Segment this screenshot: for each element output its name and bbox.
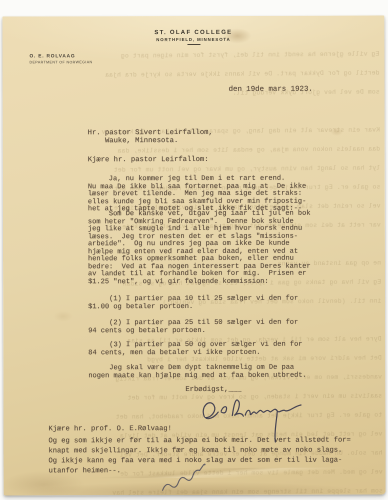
- paragraph-intro: Ja, nu kommer jeg til Dem i et rart eren…: [88, 176, 307, 214]
- commission-item-3: (3) I partier paa 50 og over sælger vi d…: [88, 342, 302, 358]
- salutation: Kjære hr. pastor Leirfallom:: [88, 156, 209, 164]
- scanned-letter-background: Eg ville gjerne ha sendt inn til dei, fy…: [0, 0, 388, 500]
- paragraph-book-offer: Som De kanske vet, utgav jeg iaar til ju…: [88, 211, 311, 287]
- letterhead-sender: O. E. ROLVAAG DEPARTMENT OF NORWEGIAN: [29, 54, 92, 64]
- letterhead: ST. OLAF COLLEGE NORTHFIELD, MINNESOTA: [2, 30, 384, 46]
- commission-item-1: (1) I partier paa 10 til 25 sælger vi de…: [88, 296, 298, 312]
- signature-rolvaag-handwritten: [195, 387, 307, 449]
- letter-paper: Eg ville gjerne ha sendt inn til dei, fy…: [2, 16, 385, 496]
- postscript-salutation: Kjære hr. prof. O. E.Rølvaag!: [48, 425, 171, 433]
- letterhead-department: DEPARTMENT OF NORWEGIAN: [29, 60, 92, 65]
- letterhead-location: NORTHFIELD, MINNESOTA: [2, 37, 384, 43]
- paragraph-closing: Jeg skal være Dem dypt taknemmelig om De…: [88, 365, 306, 381]
- commission-item-2: (2) I partier paa 25 til 50 sælger vi de…: [88, 320, 298, 336]
- date-line: den 19de mars 1923.: [229, 86, 313, 94]
- recipient-address: Hr. pastor Sivert Leirfallom, Wauke, Min…: [88, 129, 213, 146]
- letterhead-rule: [187, 44, 200, 45]
